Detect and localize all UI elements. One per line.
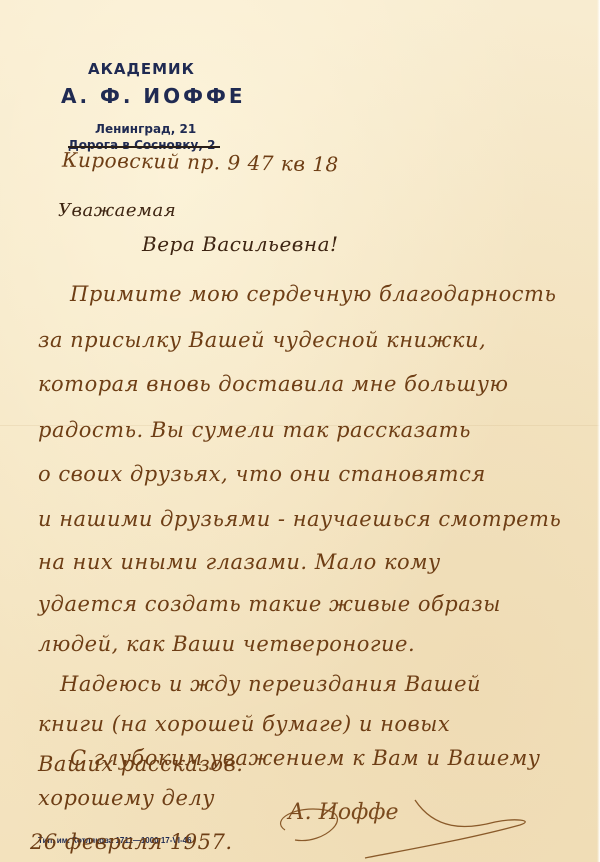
body-line: Примите мою сердечную благодарность [70, 282, 556, 306]
body-line: удается создать такие живые образы [38, 592, 501, 616]
body-line: которая вновь доставила мне большую [38, 372, 508, 396]
letterhead-title: АКАДЕМИК [88, 60, 195, 78]
letterhead-name: А. Ф. ИОФФЕ [61, 84, 246, 108]
body-line: радость. Вы сумели так рассказать [38, 418, 471, 442]
closing-line-1: С глубоким уважением к Вам и Вашему [70, 746, 540, 770]
body-line: книги (на хорошей бумаге) и новых [38, 712, 450, 736]
closing-line-2: хорошему делу [38, 786, 215, 810]
signature: А. Иоффе [288, 800, 399, 825]
handwritten-address: Кировский пр. 9 47 кв 18 [62, 148, 339, 177]
salutation-line-1: Уважаемая [58, 200, 176, 221]
body-line: о своих друзьях, что они становятся [38, 462, 486, 486]
body-line: Надеюсь и жду переиздания Вашей [60, 672, 481, 696]
body-line: за присылку Вашей чудесной книжки, [38, 328, 486, 352]
body-line: людей, как Ваши четвероногие. [38, 632, 415, 656]
body-line: и нашими друзьями - научаешься смотреть [38, 507, 561, 531]
letter-date: 26 февраля 1957. [30, 830, 233, 854]
letterhead-city: Ленинград, 21 [95, 122, 196, 136]
salutation-line-2: Вера Васильевна! [142, 232, 339, 256]
body-line: на них иными глазами. Мало кому [38, 550, 441, 574]
